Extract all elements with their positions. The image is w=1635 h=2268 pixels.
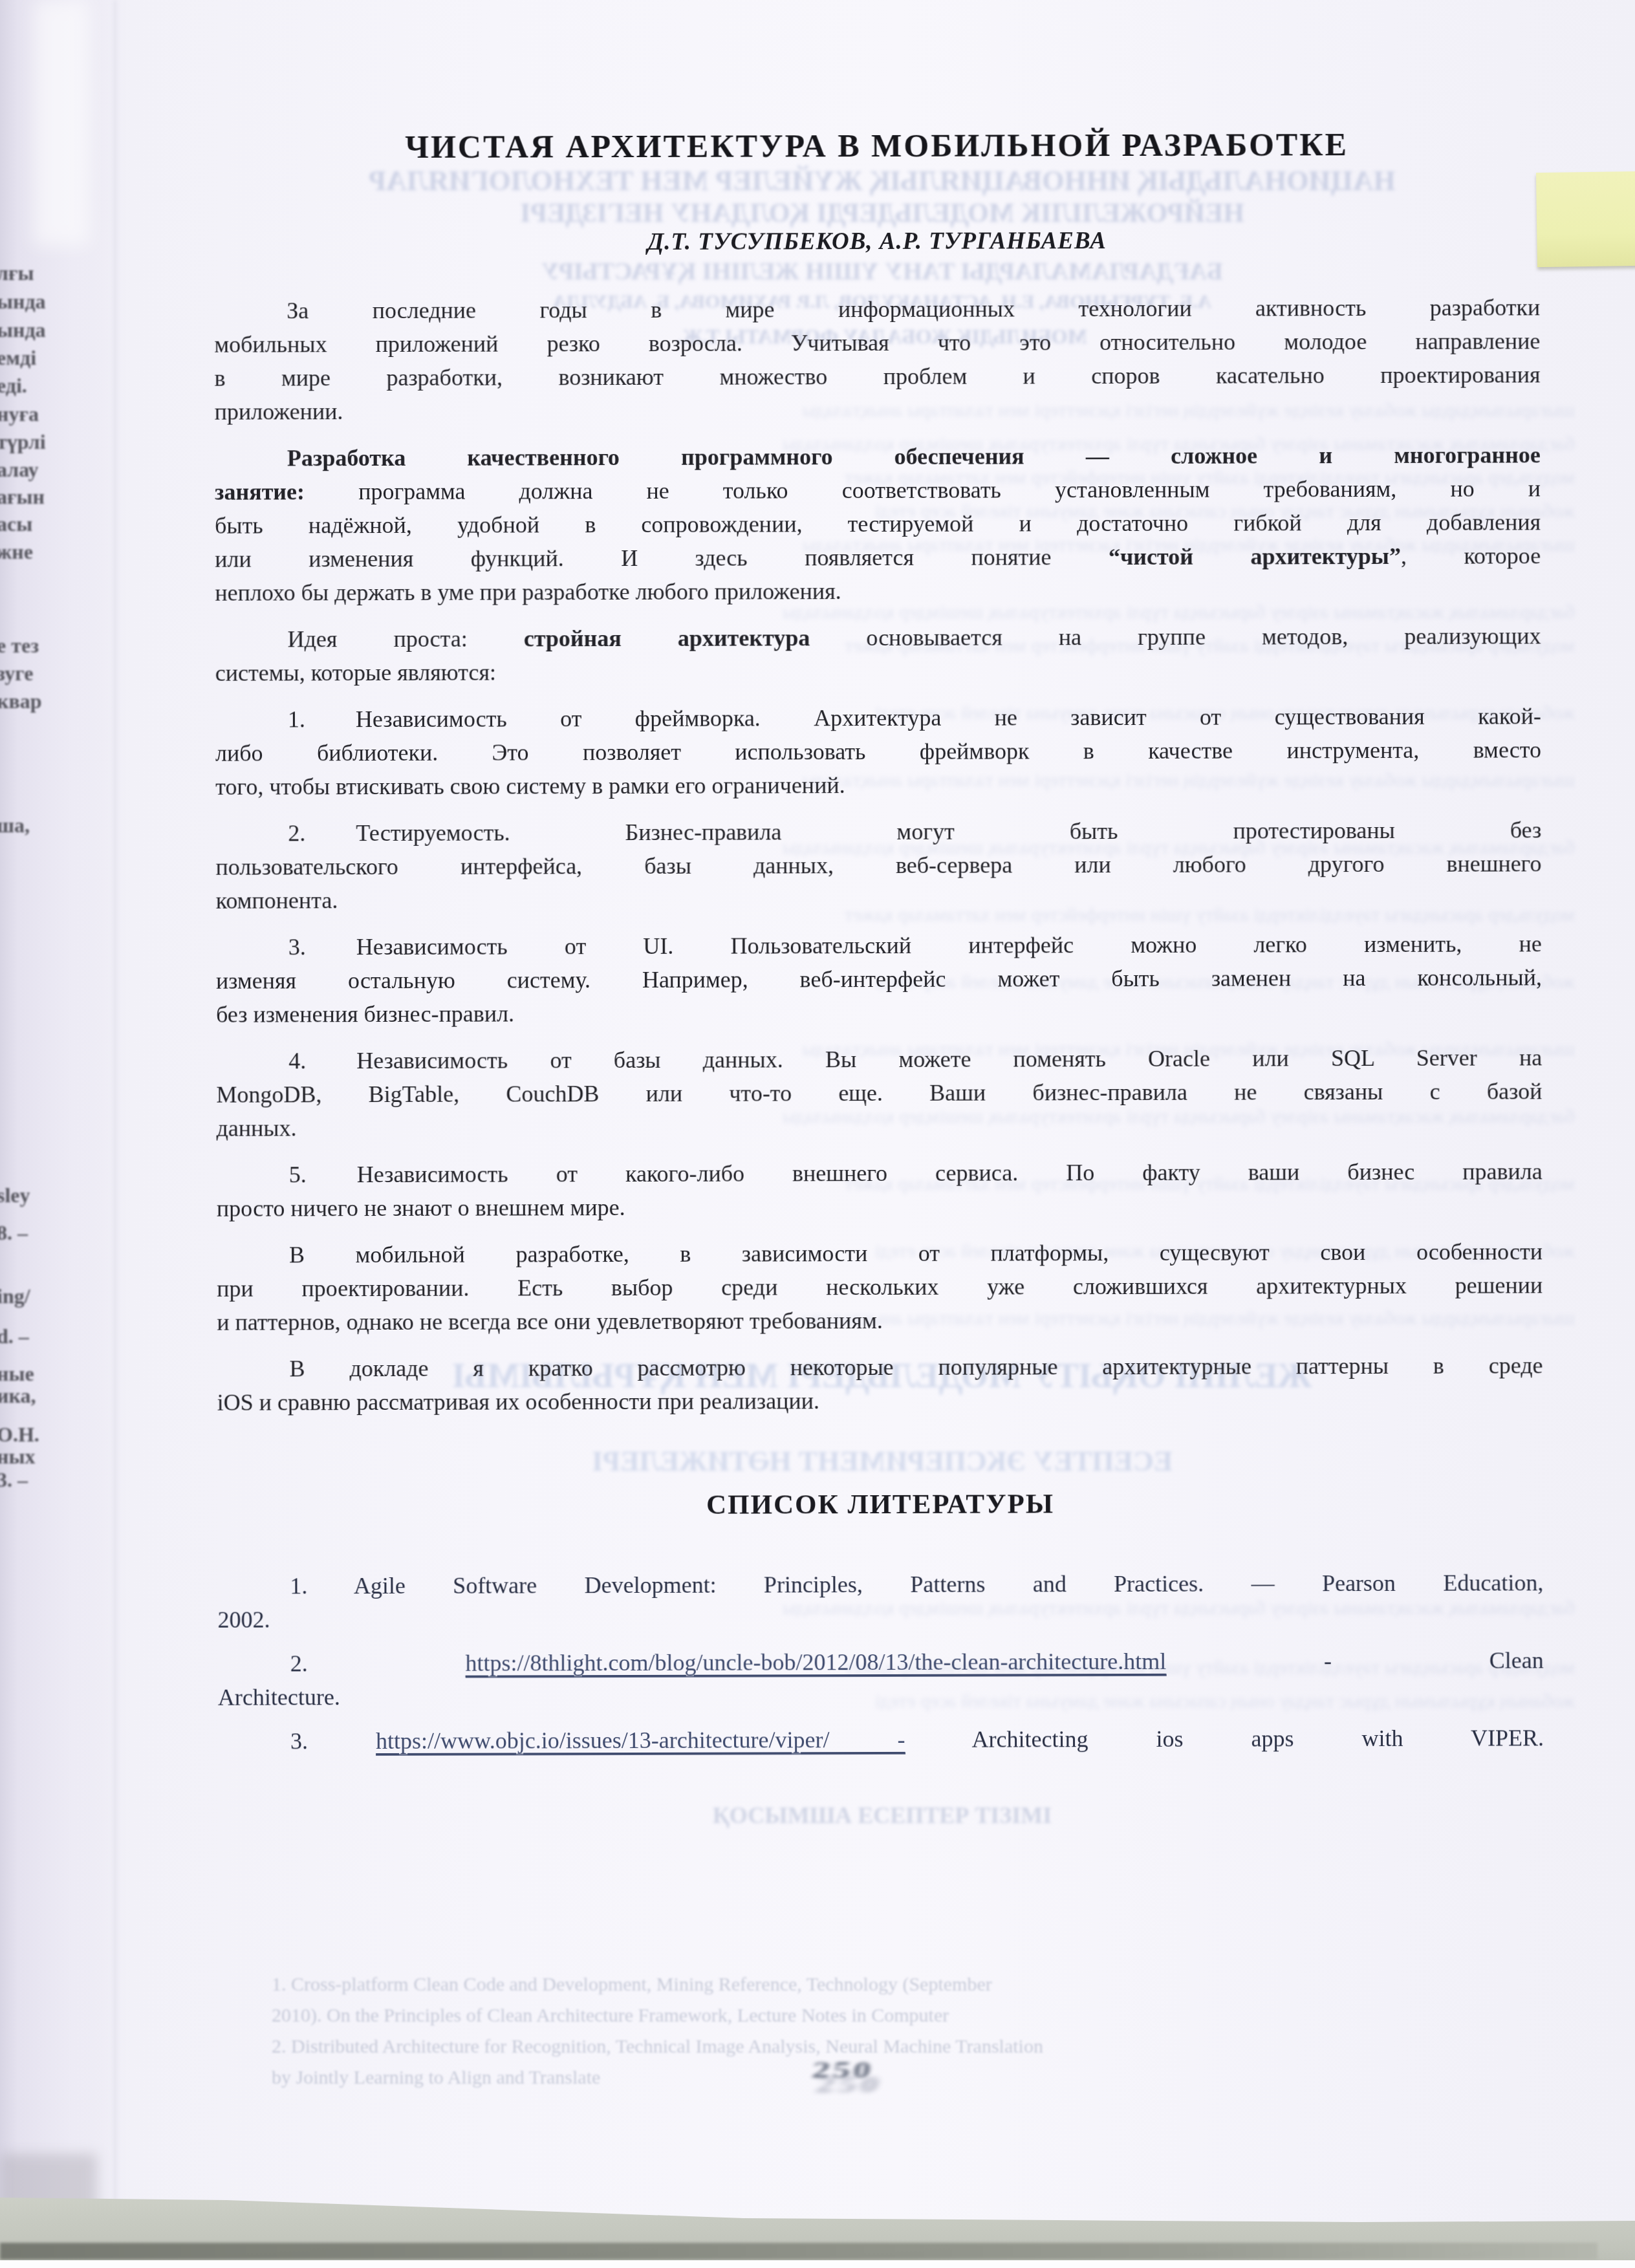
bibliography-heading: СПИСОК ЛИТЕРАТУРЫ: [217, 1487, 1543, 1522]
left-edge-fragment: sley: [0, 1183, 30, 1207]
reference-item: 2. https://8thlight.com/blog/uncle-bob/2…: [218, 1643, 1544, 1714]
text-line: 3.Независимость от UI. Пользовательский …: [216, 927, 1542, 964]
text-line: в мире разработки, возникают множество п…: [214, 358, 1540, 394]
paragraph: 4.Независимость от базы данных. Вы может…: [216, 1041, 1542, 1145]
text-line: 2.Тестируемость. Бизнес-правила могут бы…: [215, 813, 1541, 850]
reference-url: https://www.objc.io/issues/13-architectu…: [376, 1727, 905, 1756]
paragraph: За последние годы в мире информационных …: [214, 290, 1541, 428]
text-line: MongoDB, BigTable, CouchDB или что-то ещ…: [216, 1074, 1542, 1111]
paragraph: Идея проста: стройная архитектура основы…: [215, 619, 1541, 689]
left-edge-fragment: емді: [0, 346, 36, 370]
left-edge-fragment: ағын: [0, 485, 45, 509]
left-edge-fragment: е тез: [0, 634, 39, 658]
paragraph: Разработка качественного программного об…: [215, 438, 1541, 609]
text-line: быть надёжной, удобной в сопровождении, …: [215, 505, 1541, 542]
paragraph: 5.Независимость от какого-либо внешнего …: [217, 1154, 1543, 1225]
left-edge-fragment: ында: [0, 290, 46, 314]
left-edge-fragment: ные: [0, 1362, 34, 1386]
article: ЧИСТАЯ АРХИТЕКТУРА В МОБИЛЬНОЙ РАЗРАБОТК…: [213, 0, 1539, 2]
bleedthrough-line: by Jointly Learning to Align and Transla…: [272, 2067, 1533, 2089]
page-fold-line: [114, 0, 116, 2268]
text-line: пользовательского интерфейса, базы данны…: [215, 847, 1541, 883]
authors-line: Д.Т. ТУСУПБЕКОВ, А.Р. ТУРГАНБАЕВА: [214, 226, 1540, 257]
paragraph: В мобильной разработке, в зависимости от…: [217, 1235, 1543, 1339]
scanner-white-strip: [0, 2260, 1635, 2268]
text-line: 1.Независимость от фреймворка. Архитекту…: [215, 699, 1541, 736]
bleedthrough-heading: ЕСЕПТЕУ ЭКСПЕРИМЕНТ НӘТИЖЕЛЕРІ: [219, 1445, 1545, 1478]
text-line: или изменения функций. И здесь появляетс…: [215, 539, 1541, 576]
article-body: За последние годы в мире информационных …: [214, 290, 1543, 1432]
text-line: 5.Независимость от какого-либо внешнего …: [217, 1154, 1543, 1191]
left-edge-fragment: ных: [0, 1445, 35, 1469]
text-line: либо библиотеки. Это позволяет использов…: [215, 733, 1541, 770]
text-line: 4.Независимость от базы данных. Вы может…: [216, 1041, 1542, 1077]
reference-list: 1. Agile Software Development: Principle…: [217, 1566, 1544, 1768]
left-edge-fragment: нуға: [0, 402, 39, 426]
text-line: изменяя остальную систему. Например, веб…: [216, 960, 1542, 997]
reference-item: 1. Agile Software Development: Principle…: [217, 1566, 1543, 1636]
paragraph: 1.Независимость от фреймворка. Архитекту…: [215, 699, 1541, 803]
scanner-dark-strip: [0, 2243, 1597, 2260]
text-line: 2. https://8thlight.com/blog/uncle-bob/2…: [218, 1643, 1544, 1680]
left-edge-fragment: асы: [0, 512, 32, 536]
text-line: В мобильной разработке, в зависимости от…: [217, 1235, 1543, 1271]
text-line: 3. https://www.objc.io/issues/13-archite…: [218, 1721, 1544, 1758]
paragraph: В докладе я кратко рассмотрю некоторые п…: [217, 1348, 1543, 1419]
paragraph: 2.Тестируемость. Бизнес-правила могут бы…: [215, 813, 1541, 917]
text-line: В докладе я кратко рассмотрю некоторые п…: [217, 1348, 1543, 1385]
sticky-note-tab: [1536, 171, 1635, 267]
bleedthrough-line: 1. Cross-platform Clean Code and Develop…: [272, 1974, 1533, 1996]
left-edge-fragment: алау: [0, 458, 39, 482]
left-edge-fragment: түрлі: [0, 430, 46, 454]
left-edge-fragment: зуге: [0, 662, 34, 686]
bleedthrough-heading: ҚОСЫМША ЕСЕПТЕР ТІЗІМІ: [219, 1802, 1545, 1829]
left-edge-fragment: 3. –: [0, 1468, 28, 1492]
bleedthrough-heading: НАЦИОНАЛЬДЫҚ ИННОВАЦИЯЛЫҚ ЖҮЙЕЛЕР МЕН ТЕ…: [219, 164, 1545, 197]
gutter-highlight: [34, 0, 89, 246]
reference-url: https://8thlight.com/blog/uncle-bob/2012…: [465, 1648, 1166, 1678]
left-edge-fragment: ика,: [0, 1384, 36, 1408]
bleedthrough-heading: НЕЙРОЖЕЛІЛІК МОДЕЛЬДЕРДІ ҚОЛДАНУ НЕГІЗДЕ…: [219, 198, 1545, 229]
text-line: Идея проста: стройная архитектура основы…: [215, 619, 1541, 656]
left-edge-fragment: ында: [0, 318, 46, 342]
bleedthrough-heading: БАҒДАРЛАМАЛАРДЫ ТАНУ ҮШІН ЖЕЛІНІ ҚҰРАСТЫ…: [219, 257, 1545, 286]
bleedthrough-line: 2010). On the Principles of Clean Archit…: [272, 2005, 1533, 2027]
page-number-smear: 250: [814, 2073, 886, 2098]
reference-item: 3. https://www.objc.io/issues/13-archite…: [218, 1721, 1544, 1758]
left-edge-fragment: жне: [0, 540, 33, 564]
left-edge-fragment: еді.: [0, 374, 27, 398]
paragraph: 3.Независимость от UI. Пользовательский …: [216, 927, 1542, 1031]
scanned-page: НАЦИОНАЛЬДЫҚ ИННОВАЦИЯЛЫҚ ЖҮЙЕЛЕР МЕН ТЕ…: [0, 0, 1635, 2268]
page-title: ЧИСТАЯ АРХИТЕКТУРА В МОБИЛЬНОЙ РАЗРАБОТК…: [214, 125, 1540, 166]
text-line: За последние годы в мире информационных …: [214, 290, 1540, 327]
text-line: Разработка качественного программного об…: [215, 438, 1541, 475]
text-line: при проектировании. Есть выбор среди нес…: [217, 1268, 1543, 1305]
left-edge-fragment: d. –: [0, 1324, 29, 1348]
text-line: 1. Agile Software Development: Principle…: [217, 1566, 1543, 1603]
left-edge-fragment: лғы: [0, 261, 34, 285]
left-edge-fragment: О.Н.: [0, 1423, 39, 1447]
text-line: занятие: программа должна не только соот…: [215, 471, 1541, 508]
left-edge-fragment: ing/: [0, 1284, 30, 1308]
text-line: мобильных приложений резко возросла. Учи…: [214, 324, 1540, 361]
left-edge-fragment: квар: [0, 689, 42, 713]
bleedthrough-line: 2. Distributed Architecture for Recognit…: [272, 2036, 1533, 2058]
left-edge-fragment: ша,: [0, 814, 30, 837]
left-edge-fragment: 8. –: [0, 1221, 28, 1245]
